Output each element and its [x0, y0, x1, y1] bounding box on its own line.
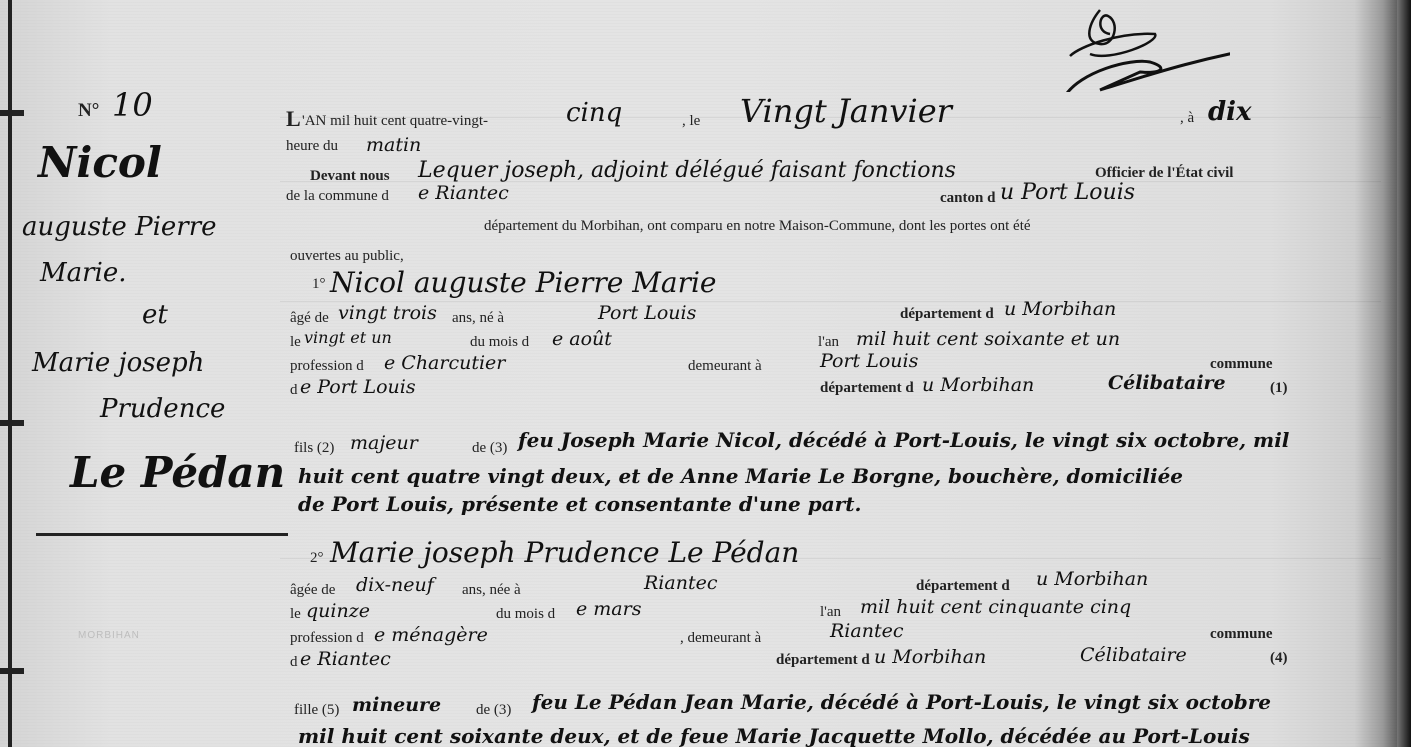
bride-birth-year: mil huit cent cinquante cinq: [860, 596, 1131, 618]
bride-day-label: le: [290, 606, 301, 623]
bride-full-name: Marie joseph Prudence Le Pédan: [330, 536, 799, 569]
signature-paraphe-icon: [1060, 2, 1230, 92]
bride-commune: e Riantec: [300, 648, 391, 670]
binding-tick: [0, 110, 24, 116]
bride-age: dix-neuf: [356, 574, 434, 596]
binding-tick: [0, 420, 24, 426]
groom-of-label: de (3): [472, 440, 507, 457]
margin-groom-given-2: Marie.: [40, 258, 127, 288]
groom-dept-label: département d: [900, 306, 994, 323]
page-edge-shadow: [1397, 0, 1411, 747]
bride-dept2: u Morbihan: [874, 646, 986, 668]
groom-commune-prefix: d: [290, 382, 298, 399]
bride-born-label: ans, née à: [462, 582, 521, 599]
label-commune: de la commune d: [286, 188, 389, 205]
act-number: 10: [112, 86, 153, 124]
margin-groom-surname: Nicol: [38, 138, 162, 187]
header-year-prefix: 'AN mil huit cent quatre-vingt-: [302, 113, 488, 130]
groom-dept2: u Morbihan: [922, 374, 1034, 396]
bride-parents-2: mil huit cent soixante deux, et de feue …: [298, 724, 1250, 747]
groom-profession: e Charcutier: [384, 352, 505, 374]
label-heure-du: heure du: [286, 138, 338, 155]
field-canton: u Port Louis: [1000, 180, 1135, 205]
header-departement-text: département du Morbihan, ont comparu en …: [484, 218, 1031, 235]
groom-month-label: du mois d: [470, 334, 529, 351]
groom-residence-label: demeurant à: [688, 358, 762, 375]
groom-year-label: l'an: [818, 334, 839, 351]
field-date: Vingt Janvier: [740, 92, 952, 130]
bride-daughter-status: mineure: [352, 694, 441, 716]
groom-son-status: majeur: [350, 432, 418, 454]
field-time-of-day: matin: [366, 134, 421, 156]
label-a: , à: [1180, 110, 1194, 127]
groom-birthplace: Port Louis: [598, 302, 696, 324]
groom-born-label: ans, né à: [452, 310, 504, 327]
bride-age-label: âgée de: [290, 582, 335, 599]
header-initial: L: [286, 106, 301, 132]
bride-birth-month: e mars: [576, 598, 641, 620]
groom-birth-month: e août: [552, 328, 612, 350]
bride-profession: e ménagère: [374, 624, 488, 646]
margin-divider: [36, 533, 288, 536]
binding-tick: [0, 668, 24, 674]
bride-commune-label: commune: [1210, 626, 1273, 643]
bride-residence: Riantec: [830, 620, 903, 642]
groom-status-note: (1): [1270, 380, 1288, 397]
groom-day-label: le: [290, 334, 301, 351]
bride-status-note: (4): [1270, 650, 1288, 667]
groom-commune-label: commune: [1210, 356, 1273, 373]
bride-residence-label: , demeurant à: [680, 630, 761, 647]
bride-dept-label: département d: [916, 578, 1010, 595]
bride-year-label: l'an: [820, 604, 841, 621]
margin-bride-surname: Le Pédan: [70, 448, 285, 497]
margin-groom-given-1: auguste Pierre: [22, 212, 217, 242]
groom-birth-dept: u Morbihan: [1004, 298, 1116, 320]
register-page: N° 10 Nicol auguste Pierre Marie. et Mar…: [0, 0, 1411, 747]
faint-stamp: MORBIHAN: [78, 630, 140, 641]
groom-parents-1: feu Joseph Marie Nicol, décédé à Port-Lo…: [518, 428, 1289, 452]
margin-bride-given-1: Marie joseph: [32, 348, 204, 378]
bride-status: Célibataire: [1080, 644, 1187, 666]
groom-commune: e Port Louis: [300, 376, 416, 398]
groom-profession-label: profession d: [290, 358, 364, 375]
guide-line: [280, 301, 1381, 302]
groom-parents-3: de Port Louis, présente et consentante d…: [298, 492, 861, 516]
header-ouvertes: ouvertes au public,: [290, 248, 404, 265]
groom-full-name: Nicol auguste Pierre Marie: [330, 266, 717, 299]
groom-birth-year: mil huit cent soixante et un: [856, 328, 1120, 350]
bride-daughter-label: fille (5): [294, 702, 339, 719]
label-canton: canton d: [940, 190, 995, 207]
bride-profession-label: profession d: [290, 630, 364, 647]
field-commune: e Riantec: [418, 182, 509, 204]
bride-birth-day: quinze: [306, 600, 370, 622]
field-year: cinq: [566, 98, 622, 128]
groom-parents-2: huit cent quatre vingt deux, et de Anne …: [298, 464, 1183, 488]
bride-commune-prefix: d: [290, 654, 298, 671]
bride-month-label: du mois d: [496, 606, 555, 623]
bride-birthplace: Riantec: [644, 572, 717, 594]
bride-of-label: de (3): [476, 702, 511, 719]
groom-age: vingt trois: [338, 302, 437, 324]
margin-conjunction: et: [142, 300, 168, 330]
label-le: , le: [682, 113, 700, 130]
bride-parents-1: feu Le Pédan Jean Marie, décédé à Port-L…: [532, 690, 1271, 714]
field-officer: Lequer joseph, adjoint délégué faisant f…: [418, 158, 956, 183]
groom-age-label: âgé de: [290, 310, 329, 327]
groom-residence: Port Louis: [820, 350, 918, 372]
bride-index: 2°: [310, 550, 324, 567]
field-hour: dix: [1208, 97, 1252, 127]
act-number-label: N°: [78, 100, 99, 122]
groom-index: 1°: [312, 276, 326, 293]
groom-status: Célibataire: [1108, 372, 1226, 394]
groom-son-label: fils (2): [294, 440, 334, 457]
groom-dept2-label: département d: [820, 380, 914, 397]
groom-birth-day: vingt et un: [304, 328, 392, 347]
margin-bride-given-2: Prudence: [100, 394, 225, 424]
bride-dept2-label: département d: [776, 652, 870, 669]
label-devant-nous: Devant nous: [310, 168, 390, 185]
bride-birth-dept: u Morbihan: [1036, 568, 1148, 590]
